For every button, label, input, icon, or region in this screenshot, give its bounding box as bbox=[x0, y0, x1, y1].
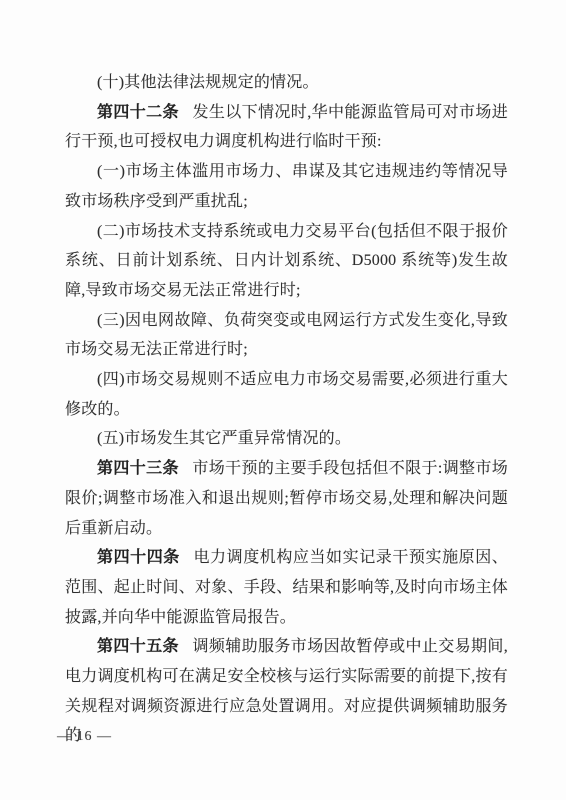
paragraph-text: (一)市场主体滥用市场力、串谋及其它违规违约等情况导致市场秩序受到严重扰乱; bbox=[65, 163, 508, 210]
article-44-number: 第四十四条 bbox=[97, 549, 180, 566]
article-43-number: 第四十三条 bbox=[97, 460, 179, 477]
paragraph-item-3: (三)因电网故障、负荷突变或电网运行方式发生变化,导致市场交易无法正常进行时; bbox=[65, 306, 508, 365]
paragraph-text: (三)因电网故障、负荷突变或电网运行方式发生变化,导致市场交易无法正常进行时; bbox=[65, 312, 508, 359]
paragraph-clause-10: (十)其他法律法规规定的情况。 bbox=[65, 68, 508, 98]
paragraph-item-1: (一)市场主体滥用市场力、串谋及其它违规违约等情况导致市场秩序受到严重扰乱; bbox=[65, 157, 508, 216]
paragraph-item-5: (五)市场发生其它严重异常情况的。 bbox=[65, 424, 508, 454]
article-42-number: 第四十二条 bbox=[97, 104, 179, 121]
paragraph-text: (五)市场发生其它严重异常情况的。 bbox=[97, 430, 351, 447]
document-body: (十)其他法律法规规定的情况。 第四十二条发生以下情况时,华中能源监管局可对市场… bbox=[65, 68, 508, 751]
paragraph-article-45: 第四十五条调频辅助服务市场因故暂停或中止交易期间,电力调度机构可在满足安全校核与… bbox=[65, 632, 508, 751]
paragraph-text: (二)市场技术支持系统或电力交易平台(包括但不限于报价系统、日前计划系统、日内计… bbox=[65, 223, 508, 299]
paragraph-article-43: 第四十三条市场干预的主要手段包括但不限于:调整市场限价;调整市场准入和退出规则;… bbox=[65, 454, 508, 543]
article-45-number: 第四十五条 bbox=[97, 638, 179, 655]
paragraph-text: (四)市场交易规则不适应电力市场交易需要,必须进行重大修改的。 bbox=[65, 371, 508, 418]
page-number: — 16 — bbox=[57, 729, 112, 745]
paragraph-article-44: 第四十四条电力调度机构应当如实记录干预实施原因、范围、起止时间、对象、手段、结果… bbox=[65, 543, 508, 632]
document-page: (十)其他法律法规规定的情况。 第四十二条发生以下情况时,华中能源监管局可对市场… bbox=[0, 0, 566, 800]
paragraph-text: (十)其他法律法规规定的情况。 bbox=[97, 74, 319, 91]
paragraph-item-4: (四)市场交易规则不适应电力市场交易需要,必须进行重大修改的。 bbox=[65, 365, 508, 424]
paragraph-item-2: (二)市场技术支持系统或电力交易平台(包括但不限于报价系统、日前计划系统、日内计… bbox=[65, 217, 508, 306]
paragraph-article-42: 第四十二条发生以下情况时,华中能源监管局可对市场进行干预,也可授权电力调度机构进… bbox=[65, 98, 508, 157]
